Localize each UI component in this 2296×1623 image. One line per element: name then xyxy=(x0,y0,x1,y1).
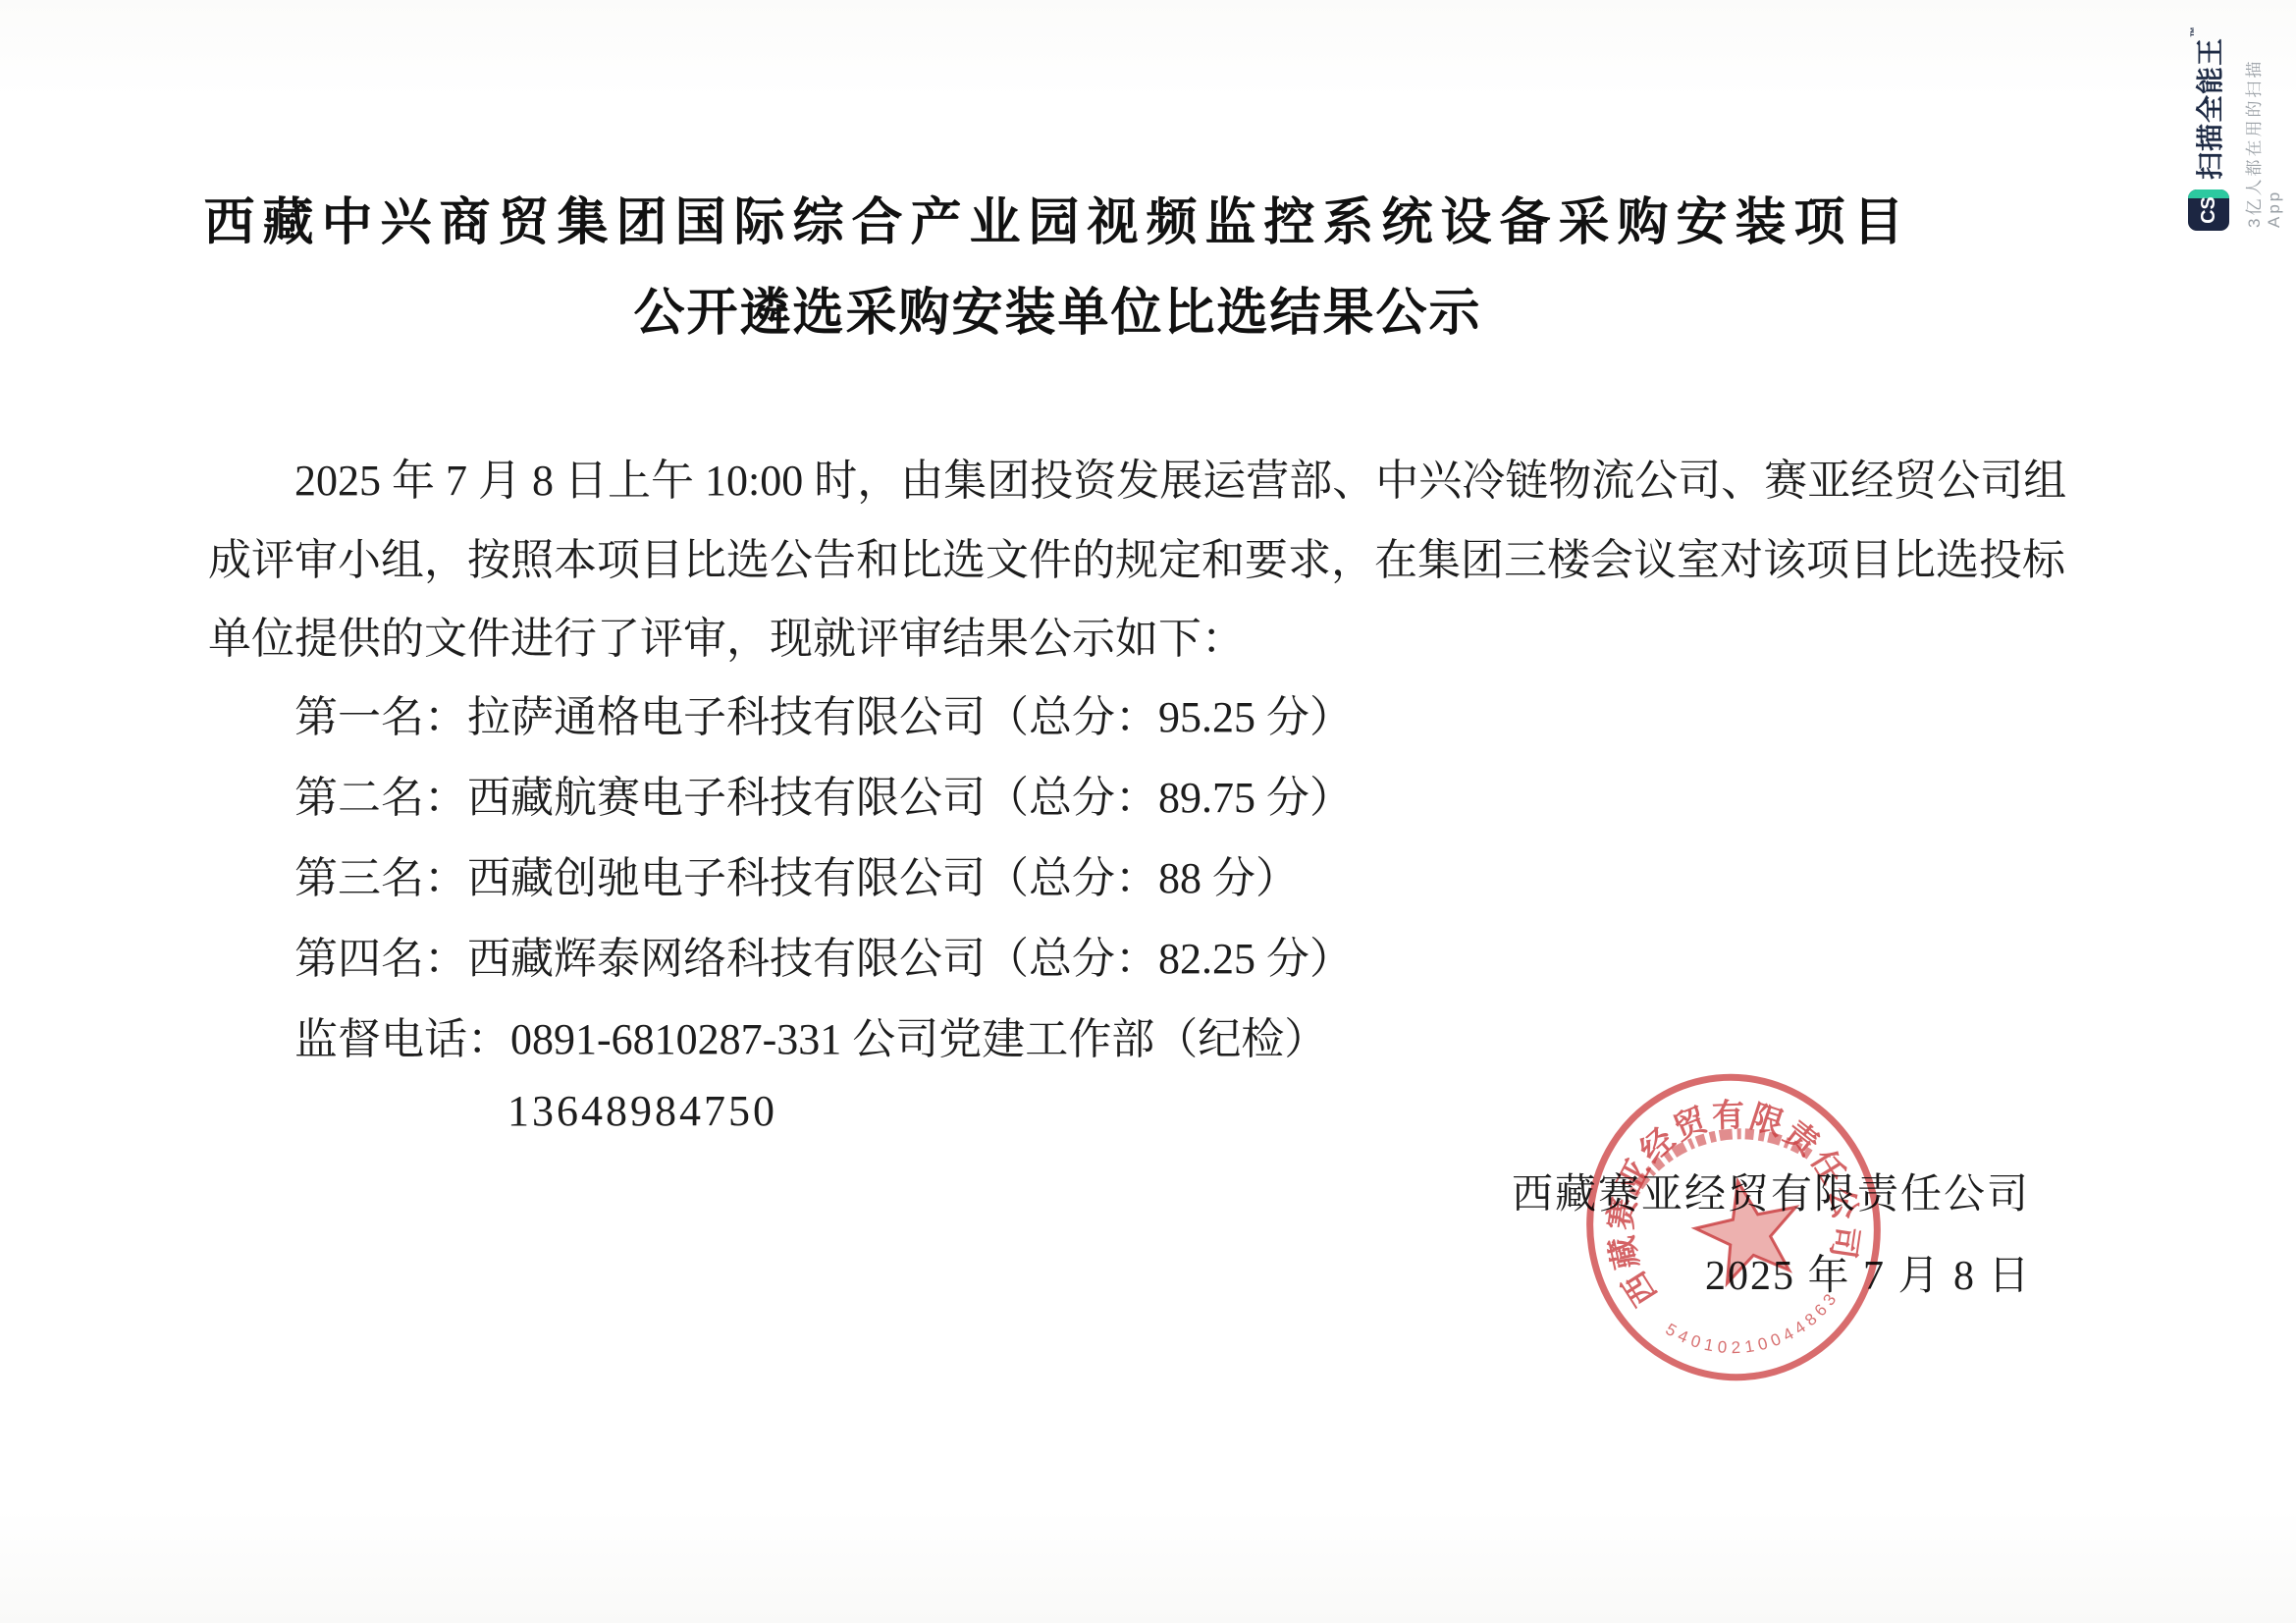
svg-text:54010210044863: 54010210044863 xyxy=(1660,1284,1851,1374)
camscanner-watermark: CS 扫描全能王™ 3亿人都在用的扫描App xyxy=(2188,25,2282,231)
supervision-mobile-number: 13648984750 xyxy=(507,1086,777,1136)
ranking-item-2: 第二名：西藏航赛电子科技有限公司（总分：89.75 分） xyxy=(294,762,1353,825)
ranking-item-4: 第四名：西藏辉泰网络科技有限公司（总分：82.25 分） xyxy=(294,923,1353,986)
trademark-symbol: ™ xyxy=(2189,26,2201,37)
camscanner-app-name: 扫描全能王™ xyxy=(2189,26,2228,180)
ranking-item-1: 第一名：拉萨通格电子科技有限公司（总分：95.25 分） xyxy=(294,681,1353,744)
paragraph-line-2: 成评审小组，按照本项目比选公告和比选文件的规定和要求，在集团三楼会议室对该项目比… xyxy=(208,524,1995,587)
supervision-phone-line: 监督电话：0891-6810287-331 公司党建工作部（纪检） xyxy=(294,1003,1327,1066)
seal-star-icon xyxy=(1687,1170,1808,1287)
company-seal-stamp: 西藏赛亚经贸有限责任公司 54010210044863 xyxy=(1569,1055,1902,1399)
scanned-document-page: 西藏中兴商贸集团国际综合产业园视频监控系统设备采购安装项目 公开遴选采购安装单位… xyxy=(0,0,2296,1623)
document-title-line2: 公开遴选采购安装单位比选结果公示 xyxy=(196,271,1919,345)
document-title-line1: 西藏中兴商贸集团国际综合产业园视频监控系统设备采购安装项目 xyxy=(196,181,1919,254)
seal-ring-text: 西藏赛亚经贸有限责任公司 xyxy=(1579,1073,1872,1315)
cs-logo-letters: CS xyxy=(2198,196,2220,224)
camscanner-logo-row: CS 扫描全能王™ xyxy=(2188,25,2229,231)
paragraph-line-3: 单位提供的文件进行了评审，现就评审结果公示如下： xyxy=(208,603,1245,666)
ranking-item-3: 第三名：西藏创驰电子科技有限公司（总分：88 分） xyxy=(294,842,1299,905)
camscanner-app-name-text: 扫描全能王 xyxy=(2195,37,2225,180)
cs-logo-icon: CS xyxy=(2188,189,2229,231)
paragraph-line-1: 2025 年 7 月 8 日上午 10:00 时，由集团投资发展运营部、中兴冷链… xyxy=(208,445,1995,508)
seal-serial-number: 54010210044863 xyxy=(1660,1284,1851,1374)
svg-text:西藏赛亚经贸有限责任公司: 西藏赛亚经贸有限责任公司 xyxy=(1579,1073,1872,1315)
camscanner-tagline: 3亿人都在用的扫描App xyxy=(2240,25,2284,231)
